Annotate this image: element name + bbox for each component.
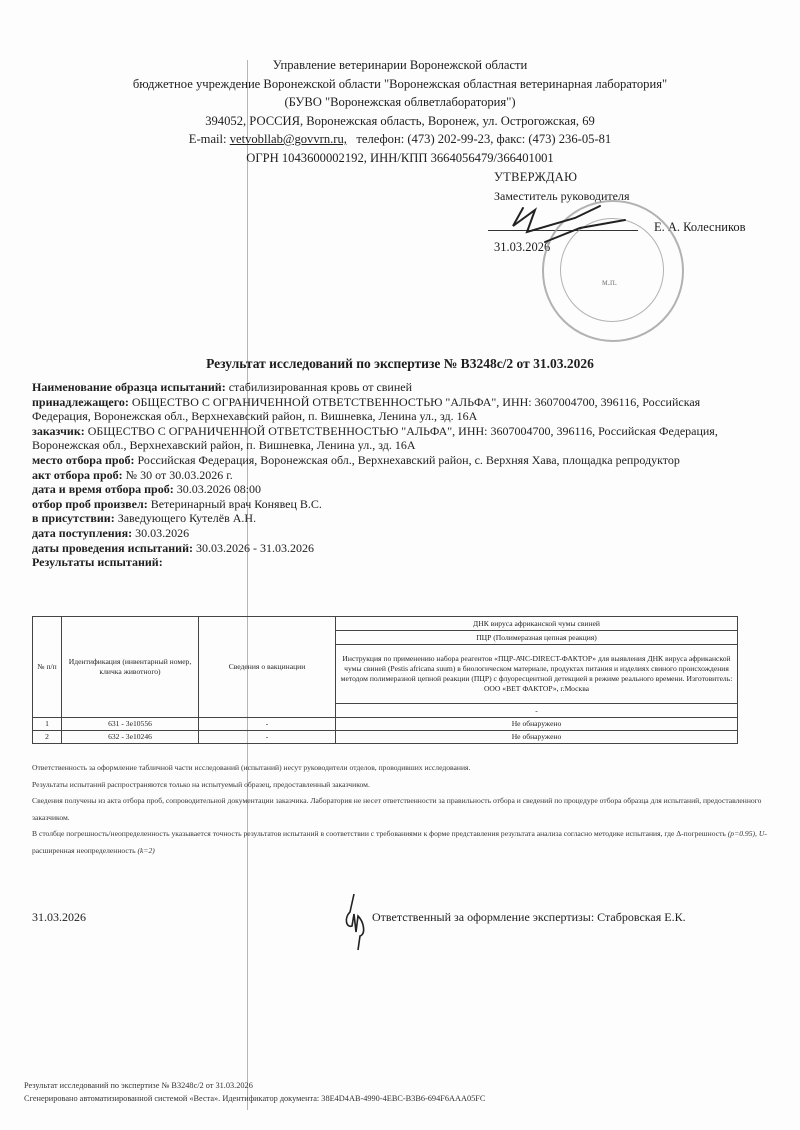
field-customer: заказчик: ОБЩЕСТВО С ОГРАНИЧЕННОЙ ОТВЕТС… [32,424,752,453]
header-indicator: ДНК вируса африканской чумы свиней [336,617,738,631]
footer-reference: Результат исследований по экспертизе № В… [24,1079,485,1092]
results-table: № п/п Идентификация (инвентарный номер, … [32,616,738,744]
responsible-person: Ответственный за оформление экспертизы: … [372,910,686,925]
stamp-mark: м.п. [602,277,617,287]
note-sampling: Сведения получены из акта отбора проб, с… [32,793,772,826]
footer-document-id: Сгенерировано автоматизированной системо… [24,1092,485,1105]
result-cell: Не обнаружено [336,731,738,744]
approval-title: УТВЕРЖДАЮ [494,170,754,185]
disclaimer-notes: Ответственность за оформление табличной … [32,760,772,860]
header-identification: Идентификация (инвентарный номер, кличка… [62,617,199,718]
sample-details: Наименование образца испытаний: стабилиз… [32,380,752,570]
header-short-name: (БУВО "Воронежская облветлаборатория") [0,93,800,112]
note-uncertainty: В столбце погрешность/неопределенность у… [32,826,772,859]
result-cell: Не обнаружено [336,718,738,731]
header-num: № п/п [33,617,62,718]
header-contacts: E-mail: vetvobllab@govvrn.ru, телефон: (… [0,130,800,149]
header-address: 394052, РОССИЯ, Воронежская область, Вор… [0,112,800,131]
signoff-date: 31.03.2026 [32,910,86,925]
document-title: Результат исследований по экспертизе № В… [0,356,800,372]
header-normative-doc: Инструкция по применению набора реагенто… [336,645,738,704]
header-institution: бюджетное учреждение Воронежской области… [0,75,800,94]
table-header-row: № п/п Идентификация (инвентарный номер, … [33,617,738,631]
header-phone: телефон: (473) 202-99-23, факс: (473) 23… [356,132,611,146]
approver-signature-icon [505,198,645,248]
note-scope: Результаты испытаний распространяются то… [32,777,772,794]
field-test-dates: даты проведения испытаний: 30.03.2026 - … [32,541,752,556]
field-sampling-act: акт отбора проб: № 30 от 30.03.2026 г. [32,468,752,483]
field-in-presence: в присутствии: Заведующего Кутелёв А.Н. [32,511,752,526]
header-ministry: Управление ветеринарии Воронежской облас… [0,56,800,75]
header-registration: ОГРН 1043600002192, ИНН/КПП 3664056479/3… [0,149,800,168]
organization-header: Управление ветеринарии Воронежской облас… [0,56,800,167]
header-vaccination: Сведения о вакцинации [199,617,336,718]
header-unit: - [336,704,738,718]
document-footer: Результат исследований по экспертизе № В… [24,1079,485,1105]
results-heading: Результаты испытаний: [32,555,752,570]
header-method: ПЦР (Полимеразная цепная реакция) [336,631,738,645]
field-receipt-date: дата поступления: 30.03.2026 [32,526,752,541]
field-sampling-datetime: дата и время отбора проб: 30.03.2026 08:… [32,482,752,497]
note-responsibility: Ответственность за оформление табличной … [32,760,772,777]
field-sampled-by: отбор проб произвел: Ветеринарный врач К… [32,497,752,512]
field-sampling-place: место отбора проб: Российская Федерация,… [32,453,752,468]
field-sample-name: Наименование образца испытаний: стабилиз… [32,380,752,395]
table-row: 2 632 - 3е10246 - Не обнаружено [33,731,738,744]
field-owner: принадлежащего: ОБЩЕСТВО С ОГРАНИЧЕННОЙ … [32,395,752,424]
table-row: 1 631 - 3е10556 - Не обнаружено [33,718,738,731]
scan-artifact-line [247,60,248,1110]
email-link[interactable]: vetvobllab@govvrn.ru, [230,132,347,146]
responsible-signature-icon [340,892,374,952]
